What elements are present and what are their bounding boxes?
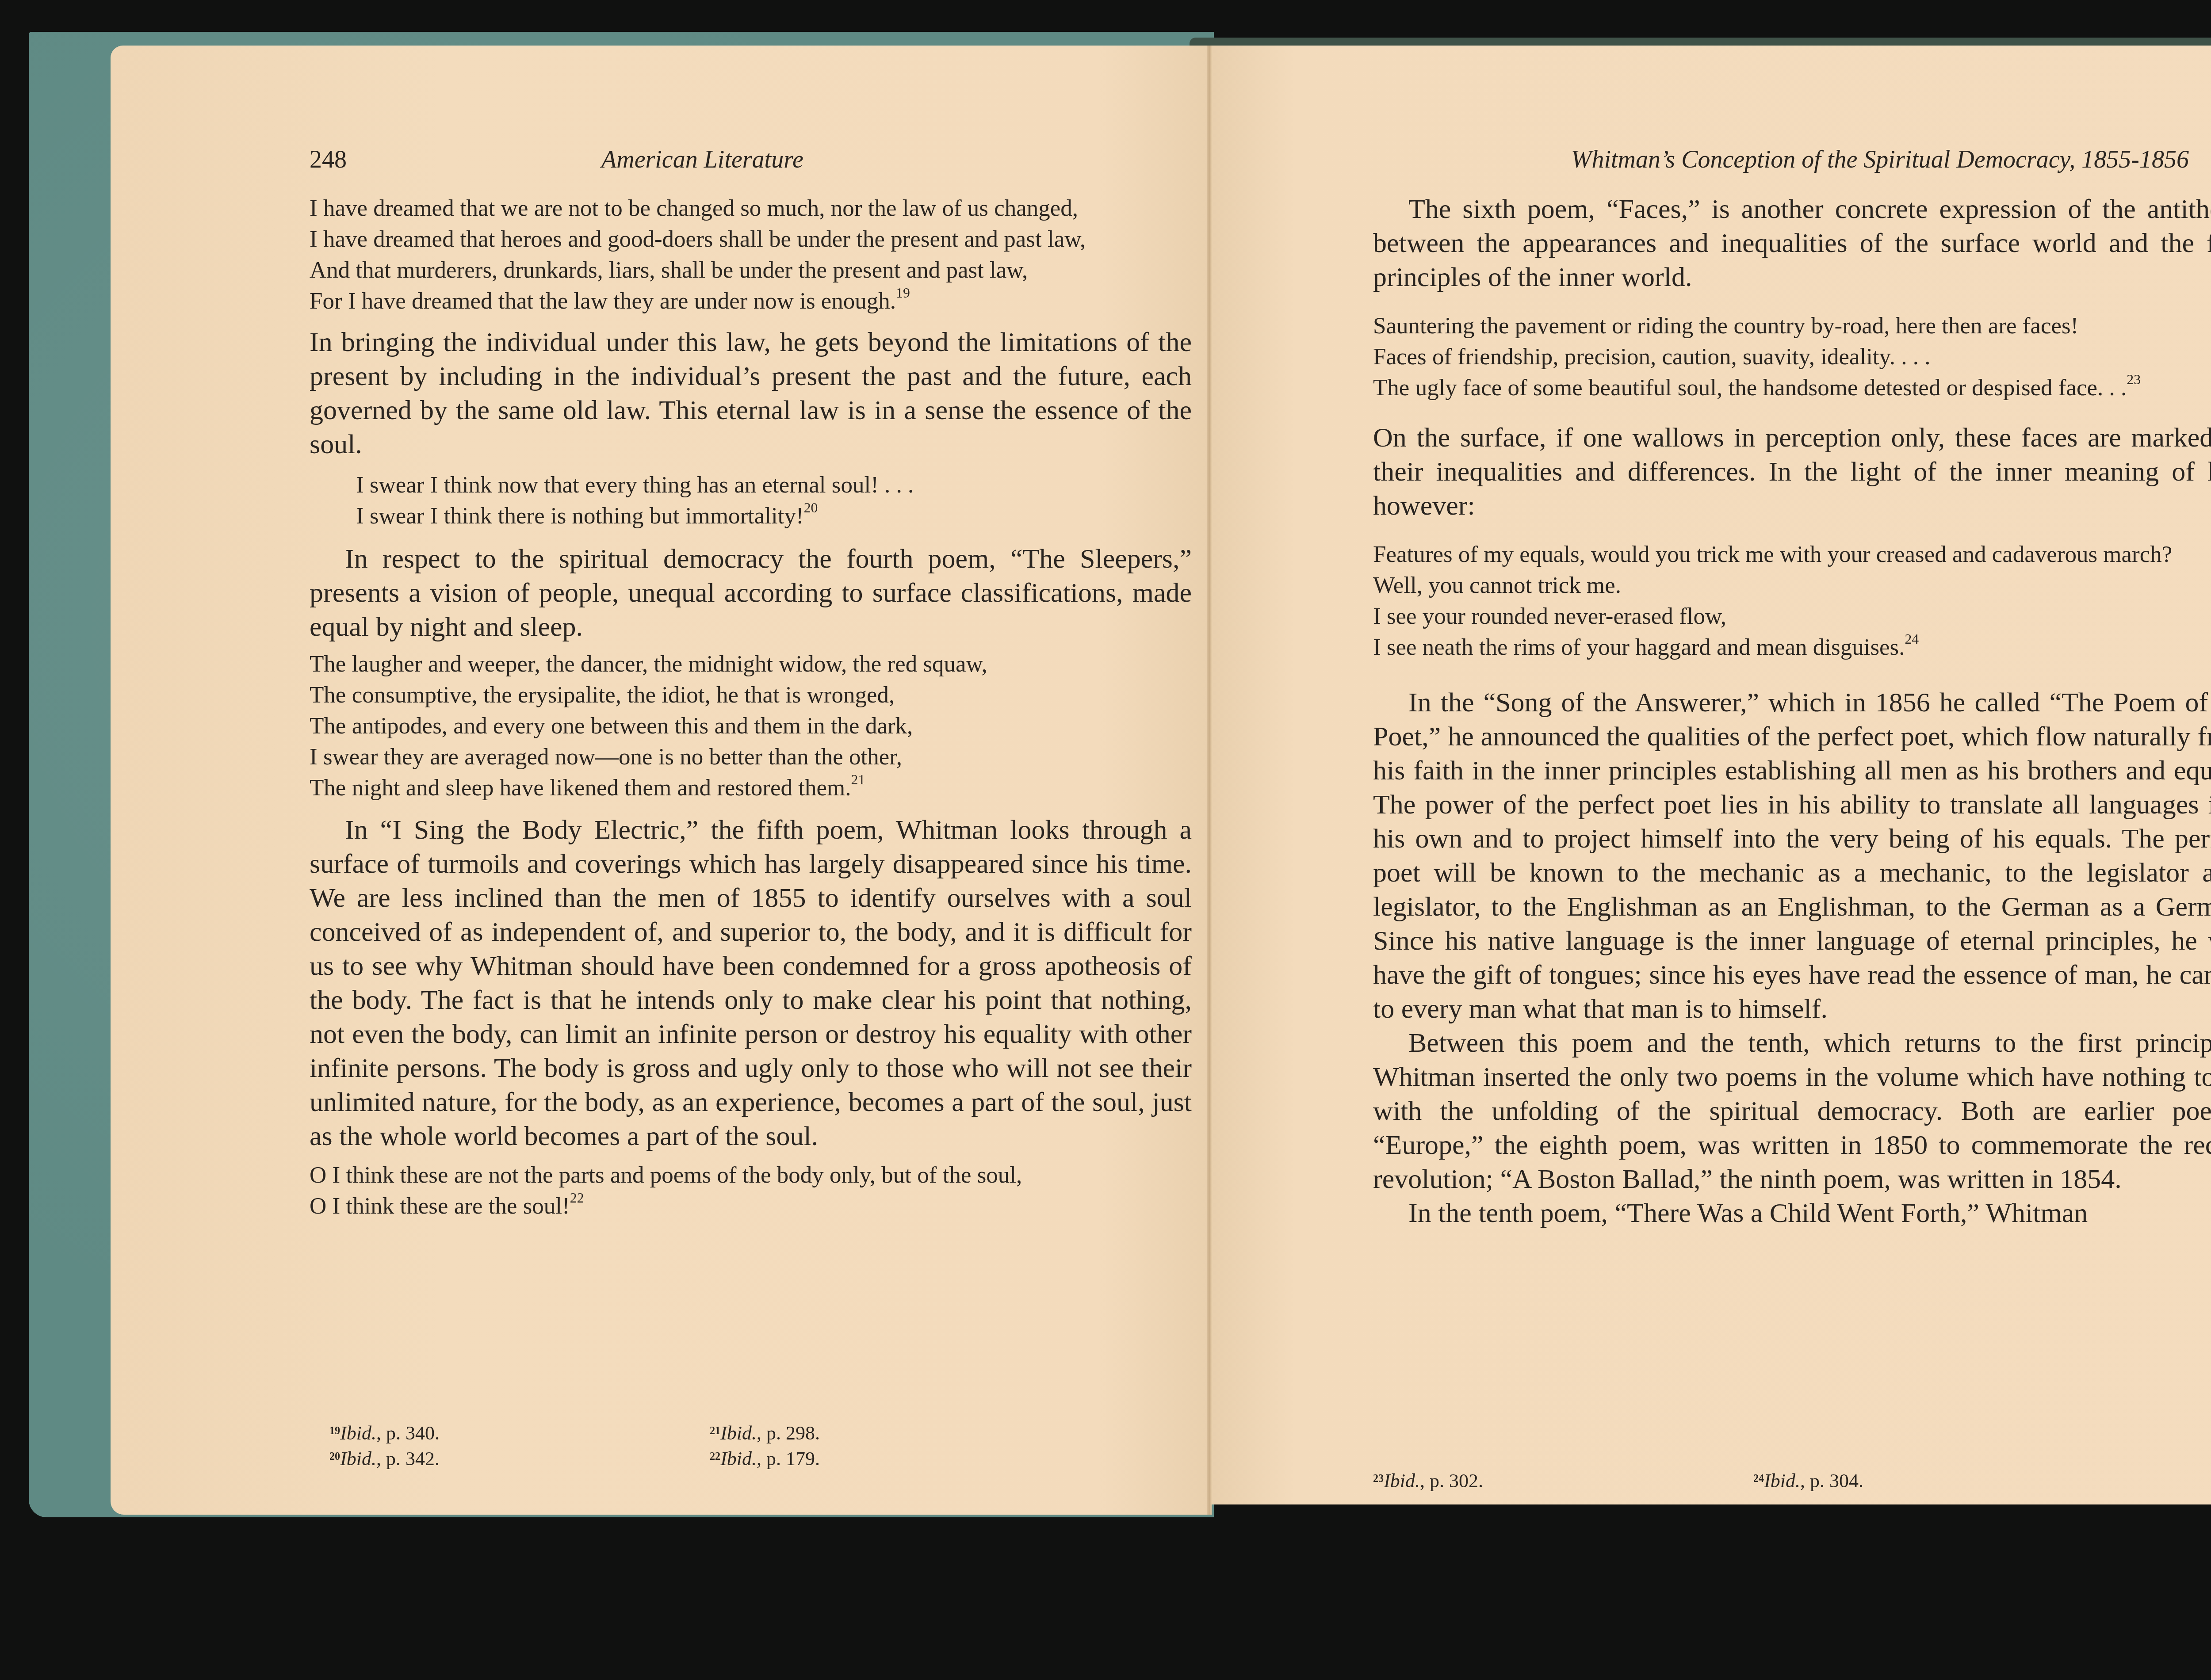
verse-line: I see your rounded never-erased flow, (1373, 601, 2211, 632)
verse-quote-23: Sauntering the pavement or riding the co… (1373, 310, 2211, 403)
paragraph: In respect to the spiritual democracy th… (310, 542, 1192, 644)
footnote: 20Ibid., p. 342. (329, 1446, 710, 1472)
footnotes-left: 19Ibid., p. 340. 21Ibid., p. 298. 20Ibid… (329, 1420, 1063, 1472)
footnote-ref: 23 (2127, 372, 2141, 387)
verse-line: The night and sleep have likened them an… (310, 772, 1192, 803)
footnote: 22Ibid., p. 179. (710, 1446, 1063, 1472)
verse-line: Well, you cannot trick me. (1373, 570, 2211, 601)
footnote-ref: 19 (896, 285, 910, 301)
verse-line: I have dreamed that we are not to be cha… (310, 193, 1192, 224)
verse-quote-19: I have dreamed that we are not to be cha… (310, 193, 1192, 317)
verse-line: And that murderers, drunkards, liars, sh… (310, 255, 1192, 286)
paragraph: Between this poem and the tenth, which r… (1373, 1026, 2211, 1196)
verse-line: I have dreamed that heroes and good-doer… (310, 224, 1192, 255)
running-head-title: Whitman’s Conception of the Spiritual De… (1571, 142, 2189, 177)
footnote: 24Ibid., p. 304. (1753, 1468, 2107, 1494)
footnote-ref: 20 (804, 500, 818, 515)
verse-line: The antipodes, and every one between thi… (310, 710, 1192, 741)
verse-line: I swear I think now that every thing has… (356, 470, 1192, 500)
paragraph: In the tenth poem, “There Was a Child We… (1373, 1196, 2211, 1230)
page-number: 248 (310, 142, 347, 177)
verse-quote-24: Features of my equals, would you trick m… (1373, 539, 2211, 663)
verse-line: Faces of friendship, precision, caution,… (1373, 341, 2211, 372)
verse-line: The laugher and weeper, the dancer, the … (310, 649, 1192, 680)
verse-line: For I have dreamed that the law they are… (310, 286, 1192, 317)
running-head-right: Whitman’s Conception of the Spiritual De… (1373, 142, 2211, 177)
verse-quote-22: O I think these are not the parts and po… (310, 1160, 1192, 1222)
footnote: 23Ibid., p. 302. (1373, 1468, 1753, 1494)
footnote-ref: 21 (851, 772, 865, 787)
running-head-left: 248 American Literature (310, 142, 1192, 177)
verse-line: I swear they are averaged now—one is no … (310, 741, 1192, 772)
footnote: 19Ibid., p. 340. (329, 1420, 710, 1446)
verse-line: I swear I think there is nothing but imm… (356, 500, 1192, 531)
footnote-ref: 22 (570, 1190, 584, 1206)
paragraph: In bringing the individual under this la… (310, 325, 1192, 462)
footnotes-right: 23Ibid., p. 302. 24Ibid., p. 304. (1373, 1468, 2107, 1494)
verse-line: I see neath the rims of your haggard and… (1373, 632, 2211, 663)
verse-quote-20: I swear I think now that every thing has… (310, 470, 1192, 531)
verse-quote-21: The laugher and weeper, the dancer, the … (310, 649, 1192, 803)
book-gutter (1207, 46, 1212, 1515)
running-head-title: American Literature (601, 142, 803, 177)
verse-line: O I think these are not the parts and po… (310, 1160, 1192, 1191)
verse-line: The consumptive, the erysipalite, the id… (310, 680, 1192, 710)
verse-line: Sauntering the pavement or riding the co… (1373, 310, 2211, 341)
verse-line: Features of my equals, would you trick m… (1373, 539, 2211, 570)
left-page-body: I have dreamed that we are not to be cha… (310, 193, 1192, 1222)
paragraph: On the surface, if one wallows in percep… (1373, 421, 2211, 523)
verse-line: O I think these are the soul!22 (310, 1191, 1192, 1222)
paragraph: In “I Sing the Body Electric,” the fifth… (310, 813, 1192, 1153)
paragraph: In the “Song of the Answerer,” which in … (1373, 686, 2211, 1026)
footnote-ref: 24 (1905, 631, 1919, 647)
right-page-body: The sixth poem, “Faces,” is another conc… (1373, 192, 2211, 1230)
paragraph: The sixth poem, “Faces,” is another conc… (1373, 192, 2211, 294)
verse-line: The ugly face of some beautiful soul, th… (1373, 372, 2211, 403)
footnote: 21Ibid., p. 298. (710, 1420, 1063, 1446)
left-page: 248 American Literature I have dreamed t… (111, 46, 1209, 1515)
right-page: Whitman’s Conception of the Spiritual De… (1209, 46, 2211, 1504)
